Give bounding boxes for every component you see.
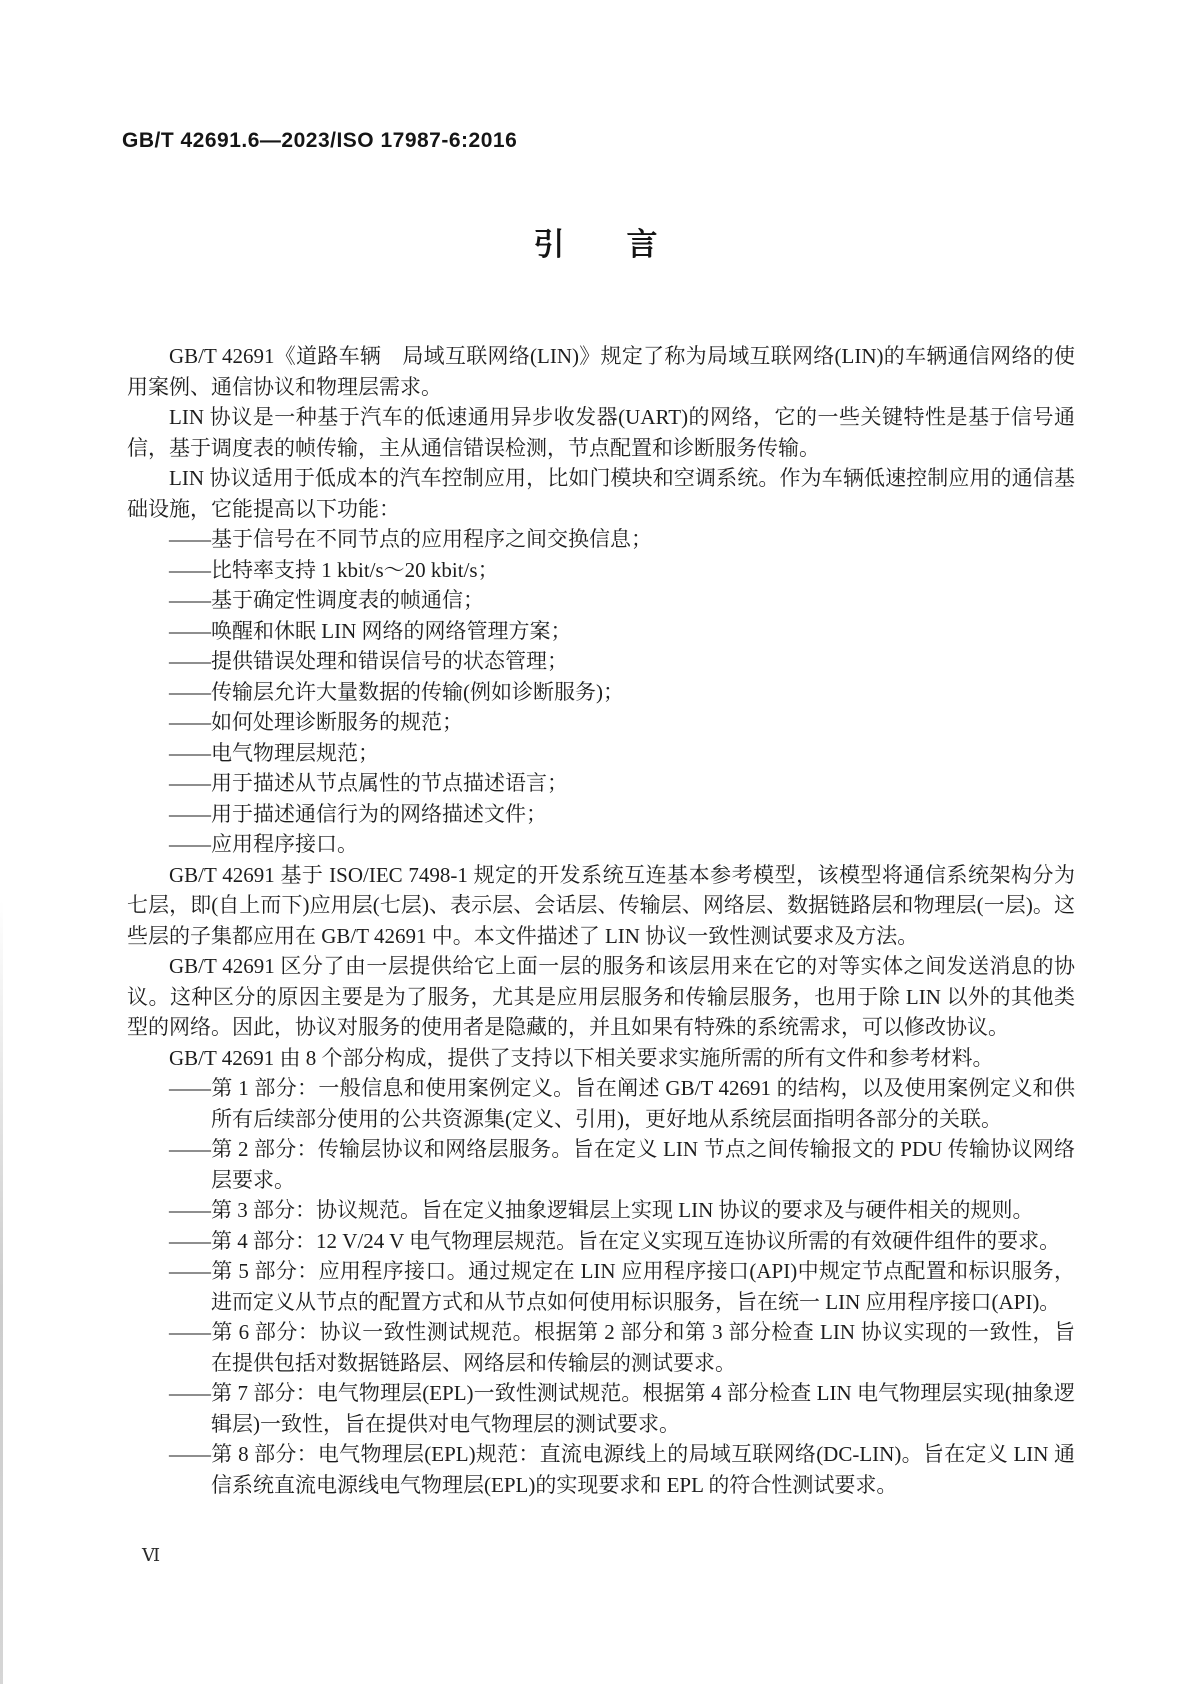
list-item: ——电气物理层规范； [211, 738, 1075, 769]
list-item: ——传输层允许大量数据的传输(例如诊断服务)； [211, 677, 1075, 708]
list-item: ——第 8 部分：电气物理层(EPL)规范：直流电源线上的局域互联网络(DC-L… [211, 1439, 1075, 1500]
document-code: GB/T 42691.6—2023/ISO 17987-6:2016 [122, 129, 517, 153]
paragraph: GB/T 42691《道路车辆 局域互联网络(LIN)》规定了称为局域互联网络(… [127, 341, 1075, 402]
scan-edge-artifact [0, 900, 3, 1684]
list-item: ——基于确定性调度表的帧通信； [211, 585, 1075, 616]
list-item: ——唤醒和休眠 LIN 网络的网络管理方案； [211, 616, 1075, 647]
list-item: ——比特率支持 1 kbit/s～20 kbit/s； [211, 555, 1075, 586]
page-title: 引 言 [0, 219, 1191, 264]
list-item: ——第 1 部分：一般信息和使用案例定义。旨在阐述 GB/T 42691 的结构… [211, 1073, 1075, 1134]
page-number: Ⅵ [142, 1545, 160, 1566]
paragraph: GB/T 42691 基于 ISO/IEC 7498-1 规定的开发系统互连基本… [127, 860, 1075, 952]
list-item: ——第 6 部分：协议一致性测试规范。根据第 2 部分和第 3 部分检查 LIN… [211, 1317, 1075, 1378]
list-item: ——如何处理诊断服务的规范； [211, 707, 1075, 738]
paragraph: LIN 协议是一种基于汽车的低速通用异步收发器(UART)的网络，它的一些关键特… [127, 402, 1075, 463]
list-item: ——用于描述通信行为的网络描述文件； [211, 799, 1075, 830]
list-item: ——第 2 部分：传输层协议和网络层服务。旨在定义 LIN 节点之间传输报文的 … [211, 1134, 1075, 1195]
list-item: ——基于信号在不同节点的应用程序之间交换信息； [211, 524, 1075, 555]
list-item: ——提供错误处理和错误信号的状态管理； [211, 646, 1075, 677]
document-body: GB/T 42691《道路车辆 局域互联网络(LIN)》规定了称为局域互联网络(… [127, 341, 1075, 1500]
document-page: GB/T 42691.6—2023/ISO 17987-6:2016 引 言 G… [0, 0, 1191, 1684]
paragraph: GB/T 42691 由 8 个部分构成，提供了支持以下相关要求实施所需的所有文… [127, 1043, 1075, 1074]
list-item: ——用于描述从节点属性的节点描述语言； [211, 768, 1075, 799]
paragraph: GB/T 42691 区分了由一层提供给它上面一层的服务和该层用来在它的对等实体… [127, 951, 1075, 1043]
list-item: ——第 5 部分：应用程序接口。通过规定在 LIN 应用程序接口(API)中规定… [211, 1256, 1075, 1317]
list-item: ——应用程序接口。 [211, 829, 1075, 860]
paragraph: LIN 协议适用于低成本的汽车控制应用，比如门模块和空调系统。作为车辆低速控制应… [127, 463, 1075, 524]
list-item: ——第 7 部分：电气物理层(EPL)一致性测试规范。根据第 4 部分检查 LI… [211, 1378, 1075, 1439]
list-item: ——第 3 部分：协议规范。旨在定义抽象逻辑层上实现 LIN 协议的要求及与硬件… [211, 1195, 1075, 1226]
list-item: ——第 4 部分：12 V/24 V 电气物理层规范。旨在定义实现互连协议所需的… [211, 1226, 1075, 1257]
